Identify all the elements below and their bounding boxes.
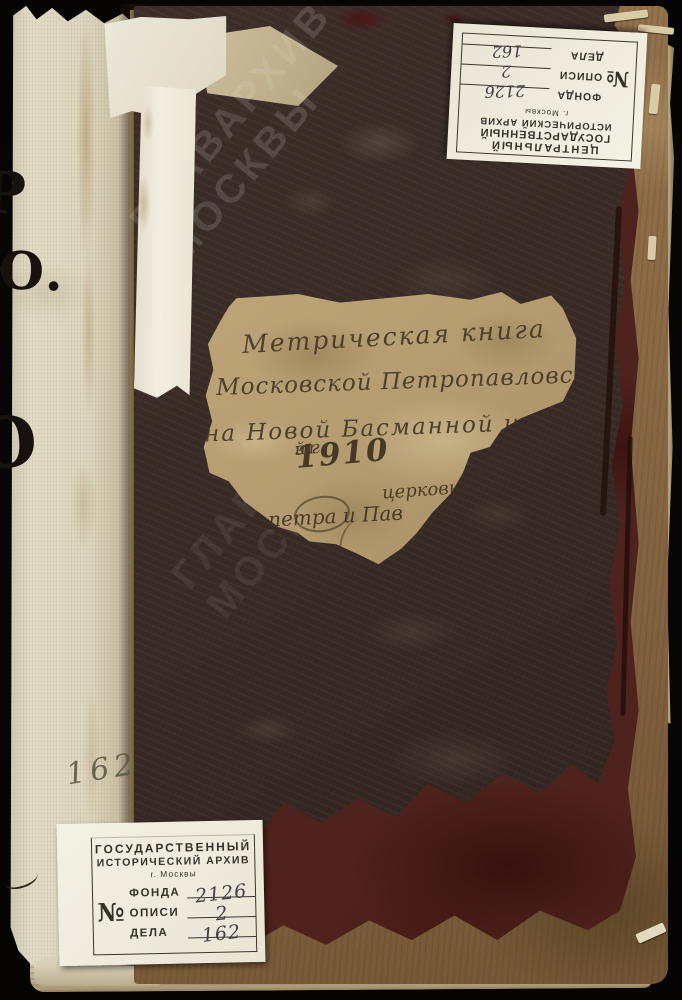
numero-sign: №: [97, 897, 125, 927]
numero-sign: №: [605, 67, 629, 93]
archive-stamp-bottom: ГОСУДАРСТВЕННЫЙ ИСТОРИЧЕСКИЙ АРХИВ г. Мо…: [57, 820, 266, 966]
book-cover-photo: Р Ю. О 162 ГЛАВАРХИВ МОСКВЫ ГЛАВАРХИВ МО…: [0, 0, 682, 1000]
stamp-row-label: ДЕЛА: [130, 926, 188, 939]
stamp-row-line: 2: [187, 899, 255, 918]
stamp-row-line: 2126: [460, 83, 550, 106]
title-line: Московской Петропавловской: [216, 361, 620, 401]
stamp-row-line: 2: [461, 63, 551, 86]
stamp-row-label: ОПИСИ: [129, 906, 187, 919]
stamp-row: ОПИСИ 2: [129, 899, 255, 920]
spine-edge-letter: О: [0, 406, 39, 480]
stamp-row-line: 162: [462, 44, 552, 67]
frayed-paper: [647, 236, 656, 260]
stamp-row-label: ОПИСИ: [550, 68, 603, 83]
stamp-row: ФОНДА 2126: [129, 879, 255, 900]
year-suffix: й г.: [294, 437, 326, 460]
spine-edge-letter: Р: [0, 163, 27, 223]
title-line: Метрическая книга: [241, 314, 546, 359]
stamp-row-value: 162: [201, 921, 242, 947]
stamp-frame: ГОСУДАРСТВЕННЫЙ ИСТОРИЧЕСКИЙ АРХИВ г. Мо…: [91, 834, 257, 955]
stamp-row-line: 2126: [187, 879, 255, 898]
stamp-rows: № ФОНДА 2126 ОПИСИ 2 ДЕЛА 162: [93, 879, 256, 942]
stamp-row: ДЕЛА 162: [130, 919, 256, 940]
stamp-frame: ЦЕНТРАЛЬНЫЙ ГОСУДАРСТВЕННЫЙ ИСТОРИЧЕСКИЙ…: [456, 32, 638, 161]
stamp-row-line: 162: [188, 919, 256, 938]
stamp-org-line: г. Москвы: [93, 867, 255, 880]
stamp-row-label: ФОНДА: [129, 886, 187, 899]
archive-stamp-top: ЦЕНТРАЛЬНЫЙ ГОСУДАРСТВЕННЫЙ ИСТОРИЧЕСКИЙ…: [447, 23, 648, 169]
stamp-rows: № ФОНДА 2126 ОПИСИ 2 ДЕЛА 162: [460, 42, 637, 111]
stamp-row-label: ДЕЛА: [551, 48, 604, 63]
stamp-row-value: 2: [500, 62, 511, 81]
stamp-row-label: ФОНДА: [549, 88, 602, 103]
stamp-row-value: 162: [491, 41, 522, 61]
stain: [334, 6, 390, 32]
spine-edge-letter: Ю.: [0, 245, 64, 300]
